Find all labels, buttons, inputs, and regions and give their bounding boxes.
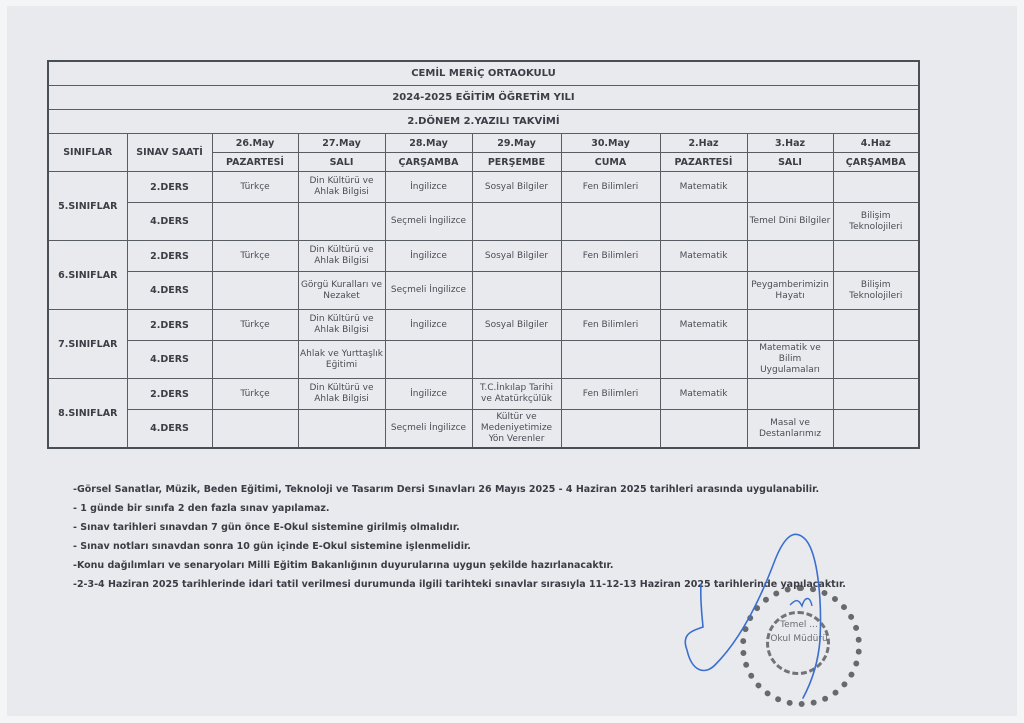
subject-cell: Bilişim Teknolojileri bbox=[833, 272, 919, 310]
exam-slot-label: 2.DERS bbox=[127, 310, 212, 341]
weekday-header: ÇARŞAMBA bbox=[385, 153, 472, 172]
exam-calendar-sheet: CEMİL MERİÇ ORTAOKULU 2024-2025 EĞİTİM Ö… bbox=[0, 0, 1024, 723]
subject-cell bbox=[833, 310, 919, 341]
subject-cell bbox=[561, 410, 660, 449]
subject-cell: Peygamberimizin Hayatı bbox=[747, 272, 833, 310]
class-group-label: 7.SINIFLAR bbox=[48, 310, 127, 379]
subject-cell: Matematik bbox=[660, 172, 747, 203]
subject-cell: Ahlak ve Yurttaşlık Eğitimi bbox=[298, 341, 385, 379]
table-row: 4.DERSAhlak ve Yurttaşlık EğitimiMatemat… bbox=[48, 341, 919, 379]
subject-cell: Matematik ve Bilim Uygulamaları bbox=[747, 341, 833, 379]
subject-cell: Fen Bilimleri bbox=[561, 241, 660, 272]
exam-slot-label: 4.DERS bbox=[127, 272, 212, 310]
subject-cell bbox=[747, 379, 833, 410]
column-header-classes: SINIFLAR bbox=[48, 134, 127, 172]
subject-cell: Matematik bbox=[660, 310, 747, 341]
subject-cell bbox=[561, 203, 660, 241]
weekday-header: SALI bbox=[298, 153, 385, 172]
subject-cell bbox=[747, 172, 833, 203]
subject-cell bbox=[212, 410, 298, 449]
date-header: 26.May bbox=[212, 134, 298, 153]
principal-name: Temel ... bbox=[754, 618, 844, 632]
table-row: 7.SINIFLAR2.DERSTürkçeDin Kültürü ve Ahl… bbox=[48, 310, 919, 341]
date-header: 28.May bbox=[385, 134, 472, 153]
subject-cell: Matematik bbox=[660, 379, 747, 410]
subject-cell: Temel Dini Bilgiler bbox=[747, 203, 833, 241]
subject-cell: Fen Bilimleri bbox=[561, 379, 660, 410]
subject-cell: Görgü Kuralları ve Nezaket bbox=[298, 272, 385, 310]
table-row: 4.DERSGörgü Kuralları ve NezaketSeçmeli … bbox=[48, 272, 919, 310]
subject-cell bbox=[472, 341, 561, 379]
exam-slot-label: 2.DERS bbox=[127, 379, 212, 410]
subject-cell bbox=[660, 203, 747, 241]
date-header: 4.Haz bbox=[833, 134, 919, 153]
table-row: 8.SINIFLAR2.DERSTürkçeDin Kültürü ve Ahl… bbox=[48, 379, 919, 410]
subject-cell: Din Kültürü ve Ahlak Bilgisi bbox=[298, 379, 385, 410]
subject-cell bbox=[385, 341, 472, 379]
subject-cell: Din Kültürü ve Ahlak Bilgisi bbox=[298, 172, 385, 203]
subject-cell bbox=[660, 272, 747, 310]
subject-cell bbox=[472, 272, 561, 310]
subject-cell bbox=[660, 341, 747, 379]
exam-schedule-table: CEMİL MERİÇ ORTAOKULU 2024-2025 EĞİTİM Ö… bbox=[47, 60, 920, 449]
table-row: 4.DERSSeçmeli İngilizceKültür ve Medeniy… bbox=[48, 410, 919, 449]
principal-title: Okul Müdürü bbox=[754, 632, 844, 646]
exam-slot-label: 4.DERS bbox=[127, 203, 212, 241]
subject-cell bbox=[212, 203, 298, 241]
subject-cell bbox=[833, 172, 919, 203]
subject-cell bbox=[833, 379, 919, 410]
subject-cell: Sosyal Bilgiler bbox=[472, 172, 561, 203]
note-line: -Görsel Sanatlar, Müzik, Beden Eğitimi, … bbox=[73, 480, 933, 499]
academic-year: 2024-2025 EĞİTİM ÖĞRETİM YILI bbox=[48, 86, 919, 110]
school-stamp bbox=[740, 585, 862, 707]
weekday-header: SALI bbox=[747, 153, 833, 172]
date-header: 3.Haz bbox=[747, 134, 833, 153]
subject-cell: İngilizce bbox=[385, 379, 472, 410]
subject-cell: İngilizce bbox=[385, 241, 472, 272]
subject-cell: Din Kültürü ve Ahlak Bilgisi bbox=[298, 241, 385, 272]
table-row: 5.SINIFLAR2.DERSTürkçeDin Kültürü ve Ahl… bbox=[48, 172, 919, 203]
date-header: 30.May bbox=[561, 134, 660, 153]
column-header-exam-slot: SINAV SAATİ bbox=[127, 134, 212, 172]
subject-cell bbox=[833, 241, 919, 272]
note-line: - Sınav tarihleri sınavdan 7 gün önce E-… bbox=[73, 518, 933, 537]
weekday-header: PAZARTESİ bbox=[212, 153, 298, 172]
subject-cell: Fen Bilimleri bbox=[561, 172, 660, 203]
subject-cell: İngilizce bbox=[385, 172, 472, 203]
table-row: 4.DERSSeçmeli İngilizceTemel Dini Bilgil… bbox=[48, 203, 919, 241]
note-line: - 1 günde bir sınıfa 2 den fazla sınav y… bbox=[73, 499, 933, 518]
date-header: 27.May bbox=[298, 134, 385, 153]
class-group-label: 5.SINIFLAR bbox=[48, 172, 127, 241]
subject-cell bbox=[472, 203, 561, 241]
exam-slot-label: 2.DERS bbox=[127, 241, 212, 272]
subject-cell: Sosyal Bilgiler bbox=[472, 310, 561, 341]
subject-cell bbox=[747, 241, 833, 272]
subject-cell bbox=[298, 410, 385, 449]
subject-cell: Seçmeli İngilizce bbox=[385, 203, 472, 241]
note-line: - Sınav notları sınavdan sonra 10 gün iç… bbox=[73, 537, 933, 556]
subject-cell bbox=[561, 272, 660, 310]
weekday-header: CUMA bbox=[561, 153, 660, 172]
subject-cell: Türkçe bbox=[212, 172, 298, 203]
subject-cell: Seçmeli İngilizce bbox=[385, 410, 472, 449]
subject-cell bbox=[660, 410, 747, 449]
exam-slot-label: 2.DERS bbox=[127, 172, 212, 203]
weekday-header: PERŞEMBE bbox=[472, 153, 561, 172]
calendar-title: 2.DÖNEM 2.YAZILI TAKVİMİ bbox=[48, 110, 919, 134]
date-header: 29.May bbox=[472, 134, 561, 153]
subject-cell: Fen Bilimleri bbox=[561, 310, 660, 341]
subject-cell bbox=[833, 410, 919, 449]
subject-cell bbox=[298, 203, 385, 241]
subject-cell: Türkçe bbox=[212, 310, 298, 341]
subject-cell: İngilizce bbox=[385, 310, 472, 341]
subject-cell: Matematik bbox=[660, 241, 747, 272]
subject-cell: Din Kültürü ve Ahlak Bilgisi bbox=[298, 310, 385, 341]
note-line: -Konu dağılımları ve senaryoları Milli E… bbox=[73, 556, 933, 575]
subject-cell bbox=[212, 272, 298, 310]
table-row: 6.SINIFLAR2.DERSTürkçeDin Kültürü ve Ahl… bbox=[48, 241, 919, 272]
subject-cell: Seçmeli İngilizce bbox=[385, 272, 472, 310]
weekday-header: PAZARTESİ bbox=[660, 153, 747, 172]
weekday-header: ÇARŞAMBA bbox=[833, 153, 919, 172]
subject-cell: Bilişim Teknolojileri bbox=[833, 203, 919, 241]
exam-slot-label: 4.DERS bbox=[127, 341, 212, 379]
subject-cell bbox=[561, 341, 660, 379]
notes-list: -Görsel Sanatlar, Müzik, Beden Eğitimi, … bbox=[73, 480, 933, 594]
signature-block: Temel ... Okul Müdürü bbox=[754, 618, 844, 646]
subject-cell bbox=[212, 341, 298, 379]
date-header: 2.Haz bbox=[660, 134, 747, 153]
subject-cell: T.C.İnkılap Tarihi ve Atatürkçülük bbox=[472, 379, 561, 410]
subject-cell: Türkçe bbox=[212, 241, 298, 272]
subject-cell: Masal ve Destanlarımız bbox=[747, 410, 833, 449]
subject-cell: Sosyal Bilgiler bbox=[472, 241, 561, 272]
subject-cell: Türkçe bbox=[212, 379, 298, 410]
class-group-label: 6.SINIFLAR bbox=[48, 241, 127, 310]
subject-cell bbox=[833, 341, 919, 379]
subject-cell: Kültür ve Medeniyetimize Yön Verenler bbox=[472, 410, 561, 449]
subject-cell bbox=[747, 310, 833, 341]
exam-slot-label: 4.DERS bbox=[127, 410, 212, 449]
class-group-label: 8.SINIFLAR bbox=[48, 379, 127, 449]
school-name: CEMİL MERİÇ ORTAOKULU bbox=[48, 61, 919, 86]
